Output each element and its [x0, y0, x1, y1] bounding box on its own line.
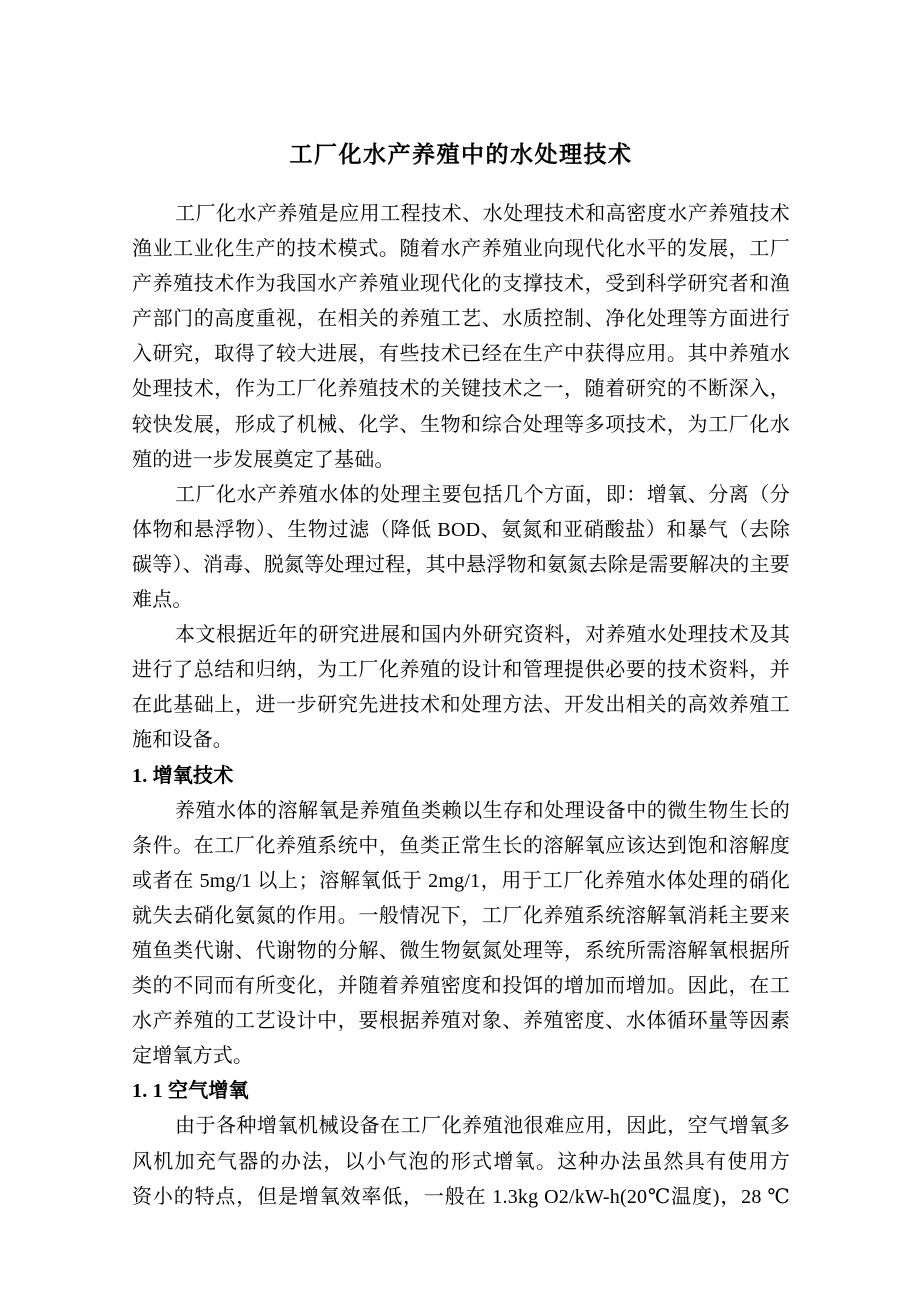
paragraph-4-line: 或者在 5mg/1 以上；溶解氧低于 2mg/1，用于工厂化养殖水体处理的硝化细… — [132, 864, 790, 899]
paragraph-3-line: 在此基础上，进一步研究先进技术和处理方法、开发出相关的高效养殖工程设 — [132, 688, 790, 723]
paragraph-2-line: 碳等）、消毒、脱氮等处理过程，其中悬浮物和氨氮去除是需要解决的主要技术 — [132, 548, 790, 583]
paragraph-3-line: 本文根据近年的研究进展和国内外研究资料，对养殖水处理技术及其应用 — [132, 618, 790, 653]
paragraph-5-line: 风机加充气器的办法，以小气泡的形式增氧。这种办法虽然具有使用方便、投 — [132, 1145, 790, 1180]
paragraph-4-line: 类的不同而有所变化，并随着养殖密度和投饵的增加而增加。因此，在工厂化 — [132, 969, 790, 1004]
paragraph-1-line: 殖的进一步发展奠定了基础。 — [132, 443, 790, 478]
section-heading-1: 1. 增氧技术 — [132, 759, 790, 794]
paragraph-1-line: 渔业工业化生产的技术模式。随着水产养殖业向现代化水平的发展，工厂化水 — [132, 232, 790, 267]
paragraph-4-line: 条件。在工厂化养殖系统中，鱼类正常生长的溶解氧应该达到饱和溶解度的 60%, — [132, 829, 790, 864]
document-title: 工厂化水产养殖中的水处理技术 — [132, 140, 790, 170]
paragraph-1-line: 入研究，取得了较大进展，有些技术已经在生产中获得应用。其中养殖水体的 — [132, 337, 790, 372]
paragraph-5-line: 由于各种增氧机械设备在工厂化养殖池很难应用，因此，空气增氧多采用 — [132, 1109, 790, 1144]
paragraph-4-line: 就失去硝化氨氮的作用。一般情况下，工厂化养殖系统溶解氧消耗主要来自养 — [132, 899, 790, 934]
paragraph-3-line: 进行了总结和归纳，为工厂化养殖的设计和管理提供必要的技术资料，并期望 — [132, 653, 790, 688]
paragraph-4-line: 养殖水体的溶解氧是养殖鱼类赖以生存和处理设备中的微生物生长的必备 — [132, 794, 790, 829]
paragraph-1-line: 较快发展，形成了机械、化学、生物和综合处理等多项技术，为工厂化水产养 — [132, 408, 790, 443]
paragraph-5-line: 资小的特点，但是增氧效率低，一般在 1.3kg O2/kW-h(20℃温度)，2… — [132, 1180, 790, 1215]
paragraph-1-line: 产养殖技术作为我国水产养殖业现代化的支撑技术，受到科学研究者和渔业生 — [132, 267, 790, 302]
section-heading-1-1: 1. 1 空气增氧 — [132, 1074, 790, 1109]
paragraph-2-line: 难点。 — [132, 583, 790, 618]
document-content: 工厂化水产养殖中的水处理技术 工厂化水产养殖是应用工程技术、水处理技术和高密度水… — [132, 140, 790, 1215]
paragraph-1-line: 产部门的高度重视，在相关的养殖工艺、水质控制、净化处理等方面进行了深 — [132, 302, 790, 337]
paragraph-2-line: 工厂化水产养殖水体的处理主要包括几个方面，即：增氧、分离（分离固 — [132, 478, 790, 513]
document-page: 工厂化水产养殖中的水处理技术 工厂化水产养殖是应用工程技术、水处理技术和高密度水… — [0, 0, 920, 1302]
paragraph-1-line: 工厂化水产养殖是应用工程技术、水处理技术和高密度水产养殖技术进行 — [132, 197, 790, 232]
paragraph-4-line: 水产养殖的工艺设计中，要根据养殖对象、养殖密度、水体循环量等因素来确 — [132, 1004, 790, 1039]
paragraph-4-line: 殖鱼类代谢、代谢物的分解、微生物氨氮处理等，系统所需溶解氧根据所养鱼 — [132, 934, 790, 969]
paragraph-1-line: 处理技术，作为工厂化养殖技术的关键技术之一，随着研究的不断深入，获得 — [132, 372, 790, 407]
paragraph-3-line: 施和设备。 — [132, 723, 790, 758]
paragraph-4-line: 定增氧方式。 — [132, 1039, 790, 1074]
paragraph-2-line: 体物和悬浮物）、生物过滤（降低 BOD、氨氮和亚硝酸盐）和暴气（去除二氧化 — [132, 513, 790, 548]
